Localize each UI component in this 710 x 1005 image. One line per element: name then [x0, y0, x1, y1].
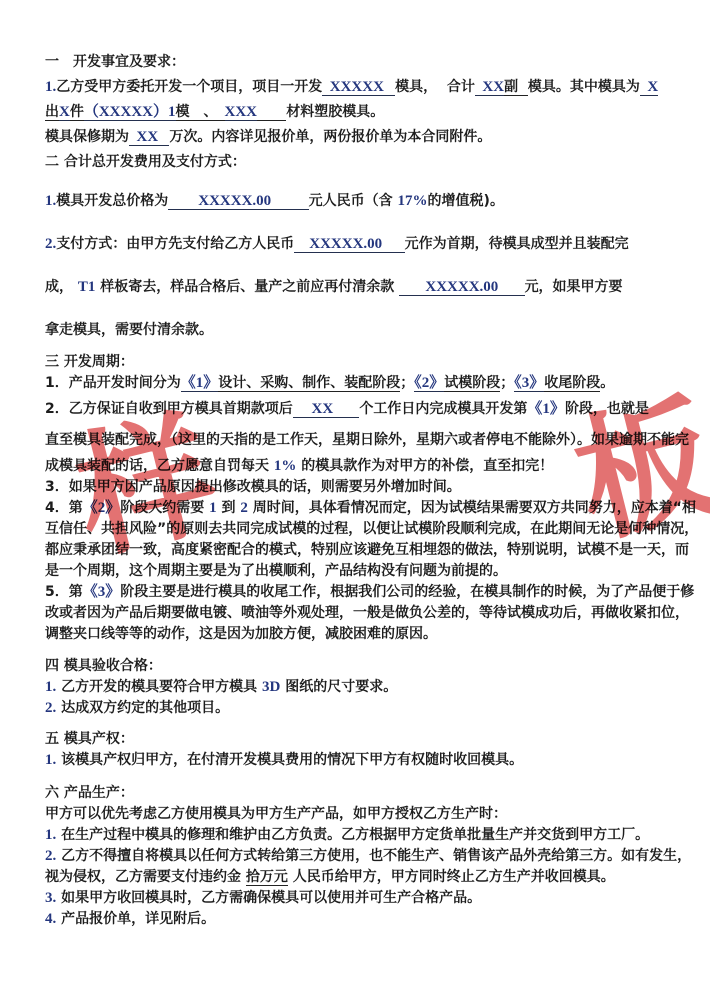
text-run: 在生产过程中模具的修理和维护由乙方负责。乙方根据甲方定货单批量生产并交货到甲方工… [56, 827, 649, 843]
spacer [45, 645, 666, 656]
text-run: 图纸的尺寸要求。 [280, 679, 397, 695]
text-run: 成模具装配的话，乙方愿意自罚每天 [45, 458, 274, 474]
blank-fill-in-field: XX [475, 79, 504, 96]
blank-fill-in-field: 《1》 [181, 375, 219, 392]
number-run: 3. [45, 890, 56, 906]
blank-fill-in-field: XXXXX [322, 79, 395, 96]
section-heading: 四 模具验收合格： [45, 658, 162, 674]
document-line: 3．如果甲方因产品原因提出修改模具的话，则需要另外增加时间。 [45, 477, 666, 498]
document-line: 改或者因为产品后期要做电镀、喷油等外观处理，一般是做负公差的，等待试模成功后，再… [45, 603, 666, 624]
blank-fill-in-field: X [59, 104, 70, 121]
document-line: 一 开发事宜及要求： [45, 50, 666, 75]
text-run: 阶段，也就是 [565, 401, 649, 417]
text-run: 阶段大约需要 [120, 500, 209, 516]
text-run: 直至模具装配完成，（这里的天指的是工作天，星期日除外，星期六或者停电不能除外）。… [45, 432, 689, 448]
number-run: 1. [45, 79, 56, 95]
document-line: 互信任、共担风险”的原则去共同完成试模的过程，以便让试模阶段顺利完成，在此期间无… [45, 519, 666, 540]
text-run: 2．乙方保证自收到甲方模具首期款项后 [45, 401, 293, 417]
text-run: 都应秉承团结一致，高度紧密配合的模式，特别应该避免互相埋怨的做法，特别说明，试模… [45, 542, 689, 558]
text-run: 互信任、共担风险”的原则去共同完成试模的过程，以便让试模阶段顺利完成，在此期间无… [45, 521, 698, 537]
text-run: 5．第 [45, 584, 83, 600]
number-run: 2. [45, 848, 56, 864]
underlined-text-run: 件 [70, 104, 84, 121]
text-run: 模具保修期为 [45, 129, 129, 145]
text-run: 如果甲方收回模具时，乙方需确保模具可以使用并可生产合格产品。 [56, 890, 481, 906]
section-heading: 二 合计总开发费用及支付方式： [45, 154, 246, 170]
blank-fill-in-field: 《3》 [514, 375, 544, 392]
underlined-text-run: 设计、采购、制作、装配阶段 [218, 375, 400, 392]
blank-fill-in-field: （XXXXX）1 [84, 104, 176, 121]
text-run: 样板寄去，样品合格后、量产之前应再付清余款 [95, 279, 399, 295]
document-line: 1．产品开发时间分为《1》设计、采购、制作、装配阶段；《2》试模阶段；《3》收尾… [45, 373, 666, 394]
document-line: 1. 该模具产权归甲方，在付清开发模具费用的情况下甲方有权随时收回模具。 [45, 750, 666, 771]
text-run: ； [400, 375, 414, 391]
underlined-text-run [257, 104, 286, 121]
document-line: 是一个周期，这个周期主要是为了出模顺利，产品结构没有问题为前提的。 [45, 561, 666, 582]
underlined-text-run: 收尾阶段 [544, 375, 600, 392]
text-run: 达成双方约定的其他项目。 [56, 700, 229, 716]
section-heading: 一 开发事宜及要求： [45, 54, 185, 70]
number-run: 《3》 [83, 584, 121, 600]
document-line: 4. 产品报价单，详见附后。 [45, 909, 666, 930]
number-run: 3D [262, 679, 280, 695]
text-run: 拿走模具，需要付清余款。 [45, 322, 213, 338]
document-line: 甲方可以优先考虑乙方使用模具为甲方生产产品，如甲方授权乙方生产时： [45, 804, 666, 825]
document-line: 模具保修期为 XX 万次。内容详见报价单，两份报价单为本合同附件。 [45, 125, 666, 150]
document-line: 四 模具验收合格： [45, 656, 666, 677]
blank-fill-in-field: 《2》 [414, 375, 444, 392]
document-line: 二 合计总开发费用及支付方式： [45, 150, 666, 175]
text-run: 元作为首期，待模具成型并且装配完 [405, 236, 629, 252]
number-run: 《2》 [83, 500, 121, 516]
number-run: 《1》 [527, 401, 565, 417]
number-run: T1 [78, 279, 96, 295]
text-run: 模具。其中模具为 [528, 79, 640, 95]
text-run: 1．产品开发时间分为 [45, 375, 181, 391]
text-run: 元人民币（含 [309, 193, 398, 209]
blank-fill-in-field: XXXXX.00 [294, 236, 404, 253]
number-run: 4. [45, 911, 56, 927]
document-line: 五 模具产权： [45, 729, 666, 750]
document-line: 成模具装配的话，乙方愿意自罚每天 1% 的模具款作为对甲方的补偿，直至扣完！ [45, 456, 666, 477]
text-run: 人民币给甲方，甲方同时终止乙方生产并收回模具。 [288, 869, 615, 885]
number-run: 17% [398, 193, 428, 209]
text-run: 乙方开发的模具要符合甲方模具 [56, 679, 262, 695]
text-run: 周时间，具体看情况而定，因为试模结果需要双方共同努力，应本着“相 [248, 500, 696, 516]
number-run: 2. [45, 700, 56, 716]
text-run: 乙方不得擅自将模具以任何方式转给第三方使用，也不能生产、销售该产品外壳给第三方。… [56, 848, 691, 864]
text-run: 支付方式：由甲方先支付给乙方人民币 [56, 236, 294, 252]
number-run: 1% [274, 458, 297, 474]
section-heading: 三 开发周期： [45, 354, 134, 370]
text-run: 4．第 [45, 500, 83, 516]
document-line: 2．乙方保证自收到甲方模具首期款项后 XX 个工作日内完成模具开发第《1》阶段，… [45, 394, 666, 425]
number-run: 1. [45, 679, 56, 695]
document-line: 1. 乙方开发的模具要符合甲方模具 3D 图纸的尺寸要求。 [45, 677, 666, 698]
document-line: 视为侵权，乙方需要支付违约金 拾万元 人民币给甲方，甲方同时终止乙方生产并收回模… [45, 867, 666, 888]
number-run: 1. [45, 827, 56, 843]
text-run: 是一个周期，这个周期主要是为了出模顺利，产品结构没有问题为前提的。 [45, 563, 507, 579]
text-run: 元，如果甲方要 [525, 279, 623, 295]
text-run: 该模具产权归甲方，在付清开发模具费用的情况下甲方有权随时收回模具。 [56, 752, 523, 768]
number-run: 1. [45, 193, 56, 209]
text-run: 产品报价单，详见附后。 [56, 911, 215, 927]
number-run: 1. [45, 752, 56, 768]
spacer [45, 719, 666, 729]
text-run: 视为侵权，乙方需要支付违约金 [45, 869, 246, 885]
blank-fill-in-field: XX [129, 129, 169, 146]
text-run: 调整夹口线等等的动作，这是因为加胶方便，减胶困难的原因。 [45, 626, 437, 642]
document-line: 3. 如果甲方收回模具时，乙方需确保模具可以使用并可生产合格产品。 [45, 888, 666, 909]
text-run: 甲方可以优先考虑乙方使用模具为甲方生产产品，如甲方授权乙方生产时： [45, 806, 507, 822]
text-run: 3．如果甲方因产品原因提出修改模具的话，则需要另外增加时间。 [45, 479, 461, 495]
document-line: 1.模具开发总价格为 XXXXX.00 元人民币（含 17%的增值税)。 [45, 180, 666, 223]
text-run: 材料塑胶模具。 [286, 104, 384, 120]
document-line: 1. 在生产过程中模具的修理和维护由乙方负责。乙方根据甲方定货单批量生产并交货到… [45, 825, 666, 846]
text-run: 的模具款作为对甲方的补偿，直至扣完！ [296, 458, 553, 474]
blank-fill-in-field: X [640, 79, 658, 96]
text-run: 乙方受甲方委托开发一个项目，项目一开发 [56, 79, 322, 95]
document-body: 一 开发事宜及要求：1.乙方受甲方委托开发一个项目，项目一开发 XXXXX 模具… [45, 50, 666, 930]
section-heading: 五 模具产权： [45, 731, 134, 747]
text-run: 的增值税)。 [428, 193, 504, 209]
document-line: 拿走模具，需要付清余款。 [45, 309, 666, 352]
text-run: 模具开发总价格为 [56, 193, 168, 209]
text-run: 改或者因为产品后期要做电镀、喷油等外观处理，一般是做负公差的，等待试模成功后，再… [45, 605, 689, 621]
document-line: 调整夹口线等等的动作，这是因为加胶方便，减胶困难的原因。 [45, 624, 666, 645]
text-run: 成， [45, 279, 78, 295]
document-line: 出X件（XXXXX）1模 、 XXX 材料塑胶模具。 [45, 100, 666, 125]
blank-fill-in-field: XXX [225, 104, 258, 121]
underlined-text-run: 模 、 [176, 104, 225, 121]
blank-fill-in-field: XX [293, 401, 360, 418]
section-heading: 六 产品生产： [45, 785, 134, 801]
document-line: 成， T1 样板寄去，样品合格后、量产之前应再付清余款 XXXXX.00 元，如… [45, 266, 666, 309]
text-run: 个工作日内完成模具开发第 [359, 401, 527, 417]
document-line: 4．第《2》阶段大约需要 1 到 2 周时间，具体看情况而定，因为试模结果需要双… [45, 498, 666, 519]
text-run: 。 [600, 375, 614, 391]
number-run: 2 [240, 500, 248, 516]
spacer [45, 771, 666, 783]
number-run: 1 [209, 500, 217, 516]
document-line: 直至模具装配完成，（这里的天指的是工作天，星期日除外，星期六或者停电不能除外）。… [45, 425, 666, 456]
document-line: 1.乙方受甲方委托开发一个项目，项目一开发 XXXXX 模具， 合计 XX副 模… [45, 75, 666, 100]
underlined-text-run: 副 [504, 79, 528, 96]
text-run: 到 [217, 500, 241, 516]
text-run: 万次。内容详见报价单，两份报价单为本合同附件。 [169, 129, 491, 145]
document-line: 5．第《3》阶段主要是进行模具的收尾工作，根据我们公司的经验，在模具制作的时候，… [45, 582, 666, 603]
text-run: 阶段主要是进行模具的收尾工作，根据我们公司的经验，在模具制作的时候，为了产品便于… [120, 584, 694, 600]
document-line: 2. 乙方不得擅自将模具以任何方式转给第三方使用，也不能生产、销售该产品外壳给第… [45, 846, 666, 867]
blank-fill-in-field: XXXXX.00 [168, 193, 308, 210]
document-line: 2. 达成双方约定的其他项目。 [45, 698, 666, 719]
contract-document-page: 一 开发事宜及要求：1.乙方受甲方委托开发一个项目，项目一开发 XXXXX 模具… [0, 0, 710, 1005]
blank-fill-in-field: XXXXX.00 [399, 279, 524, 296]
text-run: 模具， 合计 [395, 79, 475, 95]
text-run: ； [500, 375, 514, 391]
underlined-text-run: 出 [45, 104, 59, 121]
document-line: 都应秉承团结一致，高度紧密配合的模式，特别应该避免互相埋怨的做法，特别说明，试模… [45, 540, 666, 561]
document-line: 2.支付方式：由甲方先支付给乙方人民币 XXXXX.00 元作为首期，待模具成型… [45, 223, 666, 266]
document-line: 六 产品生产： [45, 783, 666, 804]
document-line: 三 开发周期： [45, 352, 666, 373]
underlined-text-run: 试模阶段 [444, 375, 500, 392]
number-run: 2. [45, 236, 56, 252]
underlined-text-run: 拾万元 [246, 869, 288, 886]
